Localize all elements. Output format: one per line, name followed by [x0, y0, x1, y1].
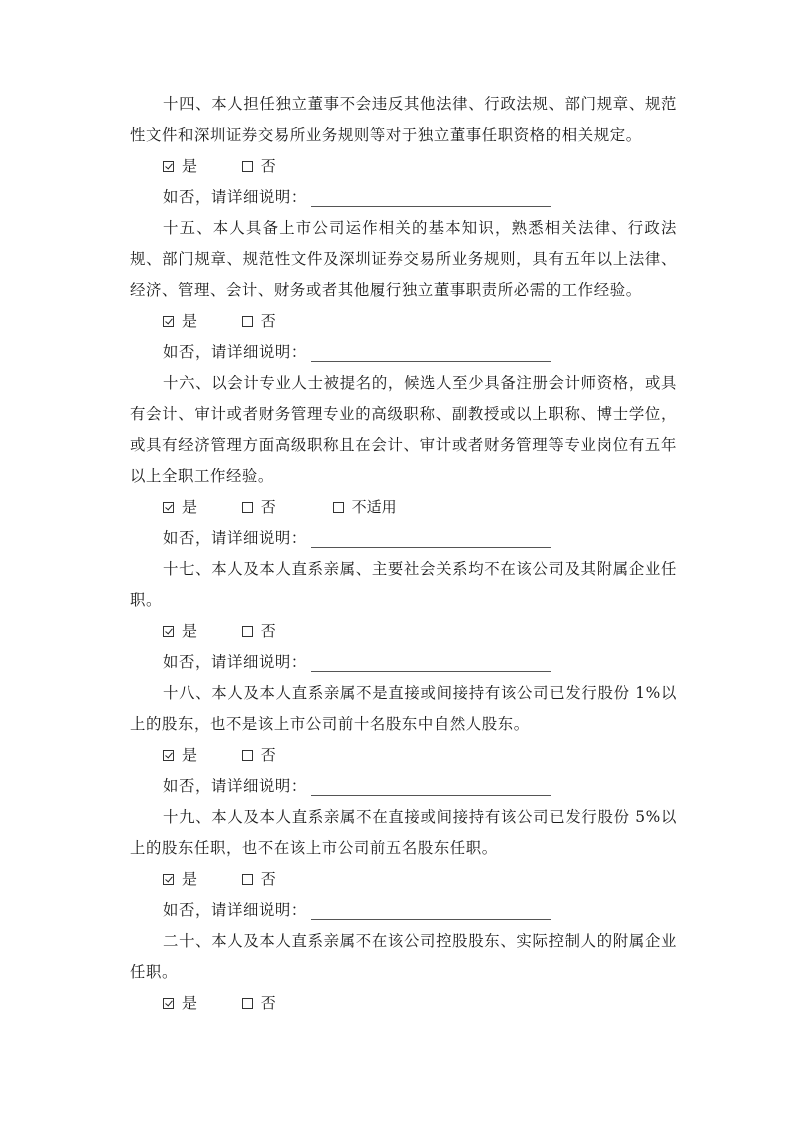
item-15-explain-field[interactable]: [311, 341, 551, 362]
yes-label: 是: [182, 622, 197, 640]
item-14-options: 是 否: [130, 151, 677, 182]
no-label: 否: [261, 157, 276, 175]
checkbox-icon[interactable]: [242, 874, 253, 885]
explain-label: 如否，请详细说明：: [163, 188, 307, 206]
yes-label: 是: [182, 994, 197, 1012]
item-20-options: 是 否: [130, 988, 677, 1019]
checkbox-icon[interactable]: [242, 750, 253, 761]
explain-label: 如否，请详细说明：: [163, 901, 307, 919]
item-16-text: 十六、以会计专业人士被提名的，候选人至少具备注册会计师资格，或具有会计、审计或者…: [130, 368, 677, 492]
item-19-explain-field[interactable]: [311, 899, 551, 920]
yes-label: 是: [182, 746, 197, 764]
item-19-explain: 如否，请详细说明：: [130, 895, 677, 926]
no-label: 否: [261, 312, 276, 330]
item-19-no[interactable]: 否: [242, 864, 276, 895]
item-15-options: 是 否: [130, 306, 677, 337]
item-14-explain-field[interactable]: [311, 186, 551, 207]
checkbox-icon[interactable]: [242, 502, 253, 513]
item-18-yes[interactable]: 是: [163, 740, 197, 771]
item-18-explain: 如否，请详细说明：: [130, 771, 677, 802]
item-15-yes[interactable]: 是: [163, 306, 197, 337]
item-18-no[interactable]: 否: [242, 740, 276, 771]
item-14-explain: 如否，请详细说明：: [130, 182, 677, 213]
item-17-text: 十七、本人及本人直系亲属、主要社会关系均不在该公司及其附属企业任职。: [130, 554, 677, 616]
item-14-yes[interactable]: 是: [163, 151, 197, 182]
item-18-explain-field[interactable]: [311, 775, 551, 796]
item-19-text: 十九、本人及本人直系亲属不在直接或间接持有该公司已发行股份 5%以上的股东任职，…: [130, 802, 677, 864]
explain-label: 如否，请详细说明：: [163, 653, 307, 671]
yes-label: 是: [182, 312, 197, 330]
item-19-options: 是 否: [130, 864, 677, 895]
item-17-yes[interactable]: 是: [163, 616, 197, 647]
item-20-no[interactable]: 否: [242, 988, 276, 1019]
item-15-text: 十五、本人具备上市公司运作相关的基本知识，熟悉相关法律、行政法规、部门规章、规范…: [130, 213, 677, 306]
checkbox-icon[interactable]: [242, 316, 253, 327]
no-label: 否: [261, 498, 276, 516]
no-label: 否: [261, 746, 276, 764]
item-20-text: 二十、本人及本人直系亲属不在该公司控股股东、实际控制人的附属企业任职。: [130, 926, 677, 988]
item-20-yes[interactable]: 是: [163, 988, 197, 1019]
checked-box-icon[interactable]: [163, 316, 174, 327]
item-16-no[interactable]: 否: [242, 492, 276, 523]
item-18-options: 是 否: [130, 740, 677, 771]
item-16-options: 是 否 不适用: [130, 492, 677, 523]
checked-box-icon[interactable]: [163, 874, 174, 885]
item-17-explain: 如否，请详细说明：: [130, 647, 677, 678]
item-15-no[interactable]: 否: [242, 306, 276, 337]
item-16-explain: 如否，请详细说明：: [130, 523, 677, 554]
yes-label: 是: [182, 870, 197, 888]
na-label: 不适用: [352, 498, 397, 516]
checked-box-icon[interactable]: [163, 161, 174, 172]
explain-label: 如否，请详细说明：: [163, 529, 307, 547]
item-15-explain: 如否，请详细说明：: [130, 337, 677, 368]
no-label: 否: [261, 994, 276, 1012]
checked-box-icon[interactable]: [163, 502, 174, 513]
item-17-no[interactable]: 否: [242, 616, 276, 647]
item-17-explain-field[interactable]: [311, 651, 551, 672]
checked-box-icon[interactable]: [163, 626, 174, 637]
yes-label: 是: [182, 157, 197, 175]
item-16-explain-field[interactable]: [311, 527, 551, 548]
checkbox-icon[interactable]: [242, 161, 253, 172]
no-label: 否: [261, 622, 276, 640]
no-label: 否: [261, 870, 276, 888]
item-17-options: 是 否: [130, 616, 677, 647]
item-16-yes[interactable]: 是: [163, 492, 197, 523]
explain-label: 如否，请详细说明：: [163, 343, 307, 361]
item-14-no[interactable]: 否: [242, 151, 276, 182]
checked-box-icon[interactable]: [163, 750, 174, 761]
item-14-text: 十四、本人担任独立董事不会违反其他法律、行政法规、部门规章、规范性文件和深圳证券…: [130, 89, 677, 151]
item-19-yes[interactable]: 是: [163, 864, 197, 895]
checkbox-icon[interactable]: [333, 502, 344, 513]
checkbox-icon[interactable]: [242, 626, 253, 637]
yes-label: 是: [182, 498, 197, 516]
explain-label: 如否，请详细说明：: [163, 777, 307, 795]
item-16-na[interactable]: 不适用: [333, 492, 397, 523]
checkbox-icon[interactable]: [242, 998, 253, 1009]
checked-box-icon[interactable]: [163, 998, 174, 1009]
document-page: 十四、本人担任独立董事不会违反其他法律、行政法规、部门规章、规范性文件和深圳证券…: [130, 89, 677, 1019]
item-18-text: 十八、本人及本人直系亲属不是直接或间接持有该公司已发行股份 1%以上的股东，也不…: [130, 678, 677, 740]
